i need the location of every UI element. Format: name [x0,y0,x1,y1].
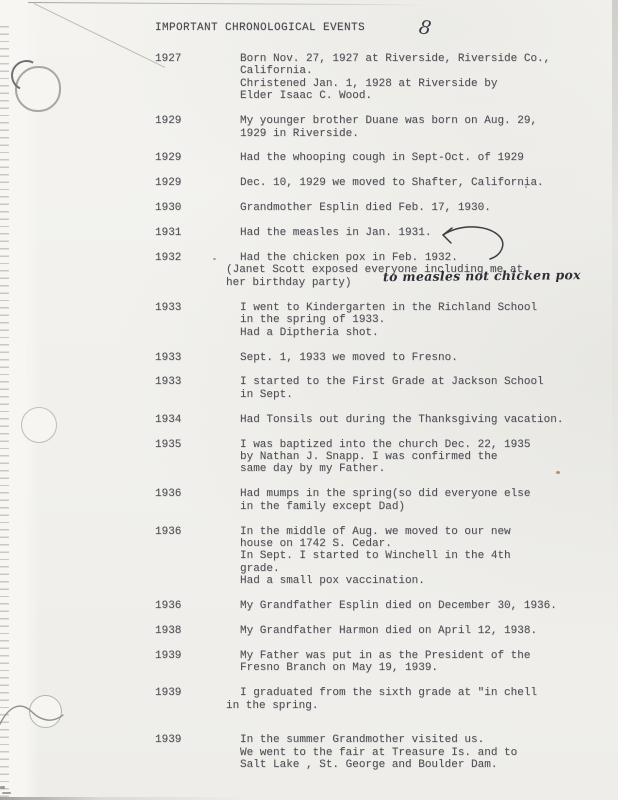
timeline-entry: 1929My younger brother Duane was born on… [155,115,605,140]
entry-line: Grandmother Esplin died Feb. 17, 1930. [240,202,600,214]
entry-line: Had a small pox vaccination. [240,575,600,587]
entry-year: 1933 [155,376,240,401]
entry-line: Had mumps in the spring(so did everyone … [240,488,600,500]
entry-line: I was baptized into the church Dec. 22, … [240,439,600,451]
entry-line: Had the chicken pox in Feb. 1932. [240,252,600,264]
entry-lines: Had Tonsils out during the Thanksgiving … [240,414,600,426]
entry-lines: My Grandfather Esplin died on December 3… [240,600,600,612]
entry-line: in the spring. [226,700,600,712]
entry-line: In Sept. I started to Winchell in the 4t… [240,550,600,562]
entry-lines: I graduated from the sixth grade at "in … [240,687,600,712]
entry-line: house on 1742 S. Cedar. [240,538,600,550]
entry-lines: I started to the First Grade at Jackson … [240,376,600,401]
entry-line: My Father was put in as the President of… [240,650,600,662]
entry-line: Christened Jan. 1, 1928 at Riverside by [240,78,600,90]
entry-lines: Grandmother Esplin died Feb. 17, 1930. [240,202,600,214]
entry-lines: Had the measles in Jan. 1931. [240,227,600,239]
entry-line: Fresno Branch on May 19, 1939. [240,662,600,674]
entry-line: Salt Lake , St. George and Boulder Dam. [240,759,600,771]
scanned-document-page: IMPORTANT CHRONOLOGICAL EVENTS 1927Born … [0,0,618,800]
scan-bottom-mark [0,786,5,789]
entry-year: 1939 [155,650,240,675]
timeline-entry: 1929Had the whooping cough in Sept-Oct. … [155,152,605,164]
entry-year: 1934 [155,414,240,426]
timeline-entry: 1931Had the measles in Jan. 1931. [155,227,605,239]
timeline-entry: 1933I went to Kindergarten in the Richla… [155,302,605,339]
entry-lines: In the middle of Aug. we moved to our ne… [240,526,600,588]
timeline-entry: 1933Sept. 1, 1933 we moved to Fresno. [155,352,605,364]
entry-lines: In the summer Grandmother visited us.We … [240,734,600,771]
entry-lines: Sept. 1, 1933 we moved to Fresno. [240,352,600,364]
entry-lines: Had mumps in the spring(so did everyone … [240,488,600,513]
entry-line: I went to Kindergarten in the Richland S… [240,302,600,314]
entry-line: In the middle of Aug. we moved to our ne… [240,526,600,538]
entry-line: Dec. 10, 1929 we moved to Shafter, Calif… [240,177,600,189]
entry-line: Born Nov. 27, 1927 at Riverside, Riversi… [240,53,600,65]
entry-line: in the family except Dad) [240,501,600,513]
hole-punch-top [15,66,61,112]
entry-line: same day by my Father. [240,463,600,475]
curved-arrow-icon [432,222,512,270]
timeline-entry: 1939I graduated from the sixth grade at … [155,687,605,712]
entry-year: 1939 [155,734,240,771]
entry-line: by Nathan J. Snapp. I was confirmed the [240,451,600,463]
entry-lines: My Father was put in as the President of… [240,650,600,675]
entry-line: In the summer Grandmother visited us. [240,734,600,746]
entry-line: California. [240,65,600,77]
entry-lines: My Grandfather Harmon died on April 12, … [240,625,600,637]
entry-lines: Born Nov. 27, 1927 at Riverside, Riversi… [240,53,600,103]
entry-lines: I went to Kindergarten in the Richland S… [240,302,600,339]
entry-year: 1936 [155,526,240,588]
entry-year: 1933 [155,302,240,339]
scan-bottom-mark [2,792,11,794]
entry-line: I graduated from the sixth grade at "in … [240,687,600,699]
entry-lines: I was baptized into the church Dec. 22, … [240,439,600,476]
entry-line: Had a Diptheria shot. [240,327,600,339]
entry-line: Had the whooping cough in Sept-Oct. of 1… [240,152,600,164]
entry-year: 1929 [155,152,240,164]
entry-line: Sept. 1, 1933 we moved to Fresno. [240,352,600,364]
entry-year: 1929 [155,115,240,140]
entry-line: We went to the fair at Treasure Is. and … [240,747,600,759]
timeline-entry: 1936In the middle of Aug. we moved to ou… [155,526,605,588]
hole-punch-middle [21,407,57,443]
entry-year: 1930 [155,202,240,214]
timeline-entry: 1930Grandmother Esplin died Feb. 17, 193… [155,202,605,214]
entry-line: in the spring of 1933. [240,314,600,326]
timeline-entry: 1939My Father was put in as the Presiden… [155,650,605,675]
entry-line: in Sept. [240,389,600,401]
entry-line: grade. [240,563,600,575]
timeline-entry: 1929Dec. 10, 1929 we moved to Shafter, C… [155,177,605,189]
timeline-entry: 1939In the summer Grandmother visited us… [155,734,605,771]
entry-year: 1929 [155,177,240,189]
perforated-edge [0,26,9,800]
crease-line [33,3,165,68]
handwritten-page-number: 8 [417,16,432,40]
entry-line: I started to the First Grade at Jackson … [240,376,600,388]
entry-line: My younger brother Duane was born on Aug… [240,115,600,127]
entry-line: Had the measles in Jan. 1931. [240,227,600,239]
scan-right-edge [612,0,618,800]
entry-lines: My younger brother Duane was born on Aug… [240,115,600,140]
scan-top-edge [28,2,428,6]
entry-line: Had Tonsils out during the Thanksgiving … [240,414,600,426]
entry-line: My Grandfather Esplin died on December 3… [240,600,600,612]
timeline-entry: 1935I was baptized into the church Dec. … [155,439,605,476]
entry-line: Elder Isaac C. Wood. [240,90,600,102]
timeline-entry: 1927Born Nov. 27, 1927 at Riverside, Riv… [155,53,605,103]
timeline-entry: 1936Had mumps in the spring(so did every… [155,488,605,513]
entry-year: 1927 [155,53,240,103]
entry-year: 1938 [155,625,240,637]
entry-year: 1936 [155,600,240,612]
document-title: IMPORTANT CHRONOLOGICAL EVENTS [155,22,365,35]
timeline-entry: 1934Had Tonsils out during the Thanksgiv… [155,414,605,426]
entry-year: 1931 [155,227,240,239]
entry-year: 1933 [155,352,240,364]
timeline-entry: 1938My Grandfather Harmon died on April … [155,625,605,637]
pen-squiggle-icon [0,694,64,734]
entry-lines: Had the whooping cough in Sept-Oct. of 1… [240,152,600,164]
entry-line: My Grandfather Harmon died on April 12, … [240,625,600,637]
entry-year: 1936 [155,488,240,513]
timeline-entry: 1936My Grandfather Esplin died on Decemb… [155,600,605,612]
entry-line: 1929 in Riverside. [240,128,600,140]
entries: 1927Born Nov. 27, 1927 at Riverside, Riv… [155,53,605,784]
entry-lines: Dec. 10, 1929 we moved to Shafter, Calif… [240,177,600,189]
timeline-entry: 1933I started to the First Grade at Jack… [155,376,605,401]
entry-year: 1935 [155,439,240,476]
